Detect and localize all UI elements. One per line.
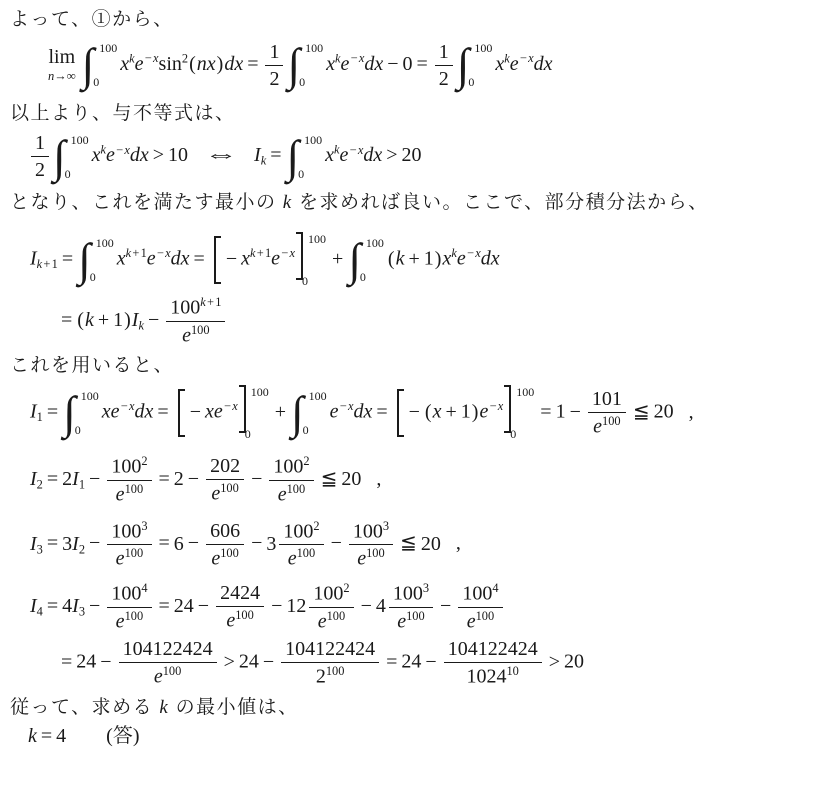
math-operator: + xyxy=(275,401,286,423)
math-variable: x xyxy=(181,248,190,270)
math-variable: e xyxy=(214,401,223,423)
math-number: 1 xyxy=(37,410,43,424)
math-sub: 3 xyxy=(79,604,85,618)
math-number: 100 xyxy=(287,482,306,496)
math-operator: − xyxy=(116,143,123,157)
math-number: 100 xyxy=(125,482,144,496)
math-sup: −x xyxy=(466,246,481,260)
math-operator: − xyxy=(190,401,201,423)
math-operator: > xyxy=(153,144,164,166)
math-number: 100 xyxy=(366,546,385,560)
math-number: 3 xyxy=(423,581,429,595)
math-sub: k xyxy=(138,318,144,332)
math-variable: e xyxy=(135,53,144,75)
math-sup: 4 xyxy=(141,581,147,595)
math-number: 24 xyxy=(239,651,259,673)
math-operator: + xyxy=(43,257,50,271)
math-operator: − xyxy=(89,532,100,554)
math-number: 3 xyxy=(383,519,389,533)
equation-12: I4=4I3−1004e100=24−2424e100−121002e100−4… xyxy=(30,582,816,632)
equation-9: I1=∫1000xe−xdx=−xe−x1000+∫1000e−xdx=−(x+… xyxy=(30,385,816,441)
math-sup: −x xyxy=(488,399,503,413)
math-operator: + xyxy=(98,309,109,331)
math-variable: x xyxy=(442,248,451,270)
math-operator: − xyxy=(145,51,152,65)
math-number: 3 xyxy=(62,532,72,554)
math-punct: ) xyxy=(217,53,224,75)
math-variable: x xyxy=(325,144,334,166)
math-number: 100 xyxy=(283,520,313,542)
math-operator: − xyxy=(121,399,128,413)
math-variable: e xyxy=(111,401,120,423)
left-bracket xyxy=(214,236,221,284)
math-number: 20 xyxy=(654,401,674,423)
math-number: 104122424 xyxy=(123,638,213,660)
math-operator: > xyxy=(549,651,560,673)
math-number: 4 xyxy=(62,595,72,617)
math-variable: e xyxy=(182,324,191,346)
math-variable: k xyxy=(37,257,43,271)
math-operator: = xyxy=(47,468,58,490)
math-sub: k+1 xyxy=(37,257,58,271)
math-number: 2 xyxy=(439,68,449,90)
math-operator: + xyxy=(207,295,214,309)
math-variable: d xyxy=(364,53,374,75)
math-number: 12 xyxy=(286,595,306,617)
math-number: 100 xyxy=(163,664,182,678)
math-sup: 2 xyxy=(343,581,349,595)
math-operator: − xyxy=(331,532,342,554)
math-punct: , xyxy=(456,532,461,554)
math-sub: 4 xyxy=(37,604,43,618)
fraction: 1004e100 xyxy=(458,582,502,632)
math-variable: I xyxy=(72,468,79,490)
math-number: 100 xyxy=(220,481,239,495)
text-run: を求めれば良い。ここで、部分積分法から、 xyxy=(293,192,709,213)
math-variable: I xyxy=(30,595,37,617)
math-operator: = xyxy=(47,401,58,423)
right-bracket: 1000 xyxy=(238,385,269,441)
integral: ∫1000 xyxy=(457,41,493,89)
fraction: 104122424e100 xyxy=(119,638,217,688)
math-number: 20 xyxy=(564,651,584,673)
math-operator: − xyxy=(281,246,288,260)
math-variable: I xyxy=(254,144,261,166)
fraction: 2424e100 xyxy=(216,582,264,632)
math-number: 100 xyxy=(111,520,141,542)
fraction: 12 xyxy=(265,41,283,90)
math-operator: − xyxy=(198,595,209,617)
math-operator: − xyxy=(188,532,199,554)
math-number: 24 xyxy=(401,651,421,673)
math-operator: + xyxy=(257,246,264,260)
math-variable: e xyxy=(318,610,327,632)
math-variable: e xyxy=(467,610,476,632)
math-variable: e xyxy=(211,548,220,570)
math-operator: = xyxy=(159,468,170,490)
fraction: 12 xyxy=(31,132,49,181)
math-variable: x xyxy=(207,53,216,75)
math-operator: = xyxy=(61,309,72,331)
math-number: 100 xyxy=(327,609,346,623)
math-punct: ( xyxy=(77,309,84,331)
math-sup: 2 xyxy=(303,454,309,468)
math-number: 2 xyxy=(269,68,279,90)
math-sup: 100 xyxy=(125,609,144,623)
math-number: 2 xyxy=(343,581,349,595)
math-operator: = xyxy=(417,53,428,75)
math-variable: n xyxy=(197,53,207,75)
math-variable: k xyxy=(28,725,37,747)
math-number: 100 xyxy=(406,609,425,623)
math-variable: x xyxy=(326,53,335,75)
math-sup: 100 xyxy=(125,546,144,560)
math-sup: 100 xyxy=(287,482,306,496)
math-sup: −x xyxy=(115,143,130,157)
math-number: 100 xyxy=(170,297,200,319)
math-variable: k xyxy=(159,697,169,718)
math-sup: −x xyxy=(144,51,159,65)
math-variable: x xyxy=(102,401,111,423)
math-number: 100 xyxy=(476,609,495,623)
math-operator: + xyxy=(332,248,343,270)
math-sup: −x xyxy=(349,51,364,65)
math-variable: k xyxy=(396,248,405,270)
math-sup: 100 xyxy=(220,481,239,495)
math-sup: 100 xyxy=(163,664,182,678)
math-variable: I xyxy=(72,532,79,554)
math-number: 24 xyxy=(76,651,96,673)
fraction: 100k+1e100 xyxy=(166,296,225,346)
math-number: 100 xyxy=(313,583,343,605)
math-operator: = xyxy=(540,401,551,423)
math-variable: d xyxy=(363,144,373,166)
equation-13: =24−104122424e100>24−1041224242100=24−10… xyxy=(57,638,816,688)
math-number: 100 xyxy=(191,323,210,337)
math-punct: ) xyxy=(472,401,479,423)
math-operator: + xyxy=(408,248,419,270)
math-variable: x xyxy=(205,401,214,423)
math-number: 606 xyxy=(210,520,240,542)
math-sup: −x xyxy=(156,246,171,260)
math-punct: ( xyxy=(388,248,395,270)
math-sup: 3 xyxy=(383,519,389,533)
math-operator: + xyxy=(445,401,456,423)
math-number: 100 xyxy=(462,583,492,605)
integral: ∫1000 xyxy=(82,41,118,89)
math-variable: x xyxy=(544,53,553,75)
math-variable: e xyxy=(271,248,280,270)
math-number: 2 xyxy=(62,468,72,490)
math-number: 2 xyxy=(141,454,147,468)
math-number: 100 xyxy=(111,583,141,605)
math-operator: = xyxy=(61,651,72,673)
math-punct: , xyxy=(689,401,694,423)
limit: limn→∞ xyxy=(48,47,76,83)
math-number: 10 xyxy=(506,664,518,678)
math-sup: k+1 xyxy=(250,246,271,260)
math-operator: ≦ xyxy=(321,468,338,490)
math-number: 24 xyxy=(174,595,194,617)
math-sup: 100 xyxy=(220,546,239,560)
math-variable: x xyxy=(495,53,504,75)
equation-6: Ik+1=∫1000xk+1e−xdx=−xk+1e−x1000+∫1000(k… xyxy=(30,232,816,288)
math-sup: −x xyxy=(519,51,534,65)
equation-15: k=4(答) xyxy=(28,725,816,747)
math-operator: − xyxy=(490,399,497,413)
document-page: よって、①から、limn→∞∫1000xke−xsin2(nx)dx=12∫10… xyxy=(0,0,816,747)
math-variable: d xyxy=(353,401,363,423)
math-number: 3 xyxy=(141,519,147,533)
math-variable: e xyxy=(593,416,602,438)
math-sup: k+1 xyxy=(200,295,221,309)
math-number: 4 xyxy=(141,581,147,595)
math-number: 4 xyxy=(376,595,386,617)
math-number: 100 xyxy=(393,583,423,605)
math-variable: e xyxy=(147,248,156,270)
math-operator: = xyxy=(376,401,387,423)
math-number: 1 xyxy=(439,41,449,63)
math-variable: x xyxy=(140,144,149,166)
text-run: (答) xyxy=(106,725,139,747)
math-sup: −x xyxy=(339,399,354,413)
paragraph-8: これを用いると、 xyxy=(10,354,816,379)
math-variable: x xyxy=(145,401,154,423)
math-number: 1024 xyxy=(466,666,506,688)
math-variable: e xyxy=(457,248,466,270)
math-sup: 2 xyxy=(313,519,319,533)
math-variable: e xyxy=(510,53,519,75)
math-number: 3 xyxy=(37,542,43,556)
math-operator: = xyxy=(62,248,73,270)
math-number: 2 xyxy=(79,542,85,556)
math-number: 3 xyxy=(266,532,276,554)
math-number: 100 xyxy=(111,456,141,478)
integral: ∫1000 xyxy=(53,133,89,181)
math-operator: − xyxy=(271,595,282,617)
math-punct: ) xyxy=(435,248,442,270)
math-number: 20 xyxy=(402,144,422,166)
math-variable: e xyxy=(479,401,488,423)
math-variable: x xyxy=(374,53,383,75)
math-operator: ≦ xyxy=(633,401,650,423)
math-sub: k xyxy=(261,154,267,168)
math-operator: − xyxy=(251,468,262,490)
math-number: 100 xyxy=(602,414,621,428)
math-sup: 100 xyxy=(476,609,495,623)
fraction: 1002e100 xyxy=(107,455,151,505)
math-number: 100 xyxy=(297,546,316,560)
math-punct: ( xyxy=(425,401,432,423)
math-variable: x xyxy=(373,144,382,166)
math-number: sin xyxy=(159,53,182,75)
left-bracket xyxy=(397,389,404,437)
math-variable: e xyxy=(330,401,339,423)
math-variable: e xyxy=(154,666,163,688)
math-operator: − xyxy=(89,468,100,490)
math-variable: k xyxy=(200,295,206,309)
math-number: 101 xyxy=(592,388,622,410)
fraction: 202e100 xyxy=(206,455,244,505)
math-number: 100 xyxy=(326,664,345,678)
math-operator: − xyxy=(350,143,357,157)
math-sup: 100 xyxy=(366,546,385,560)
math-variable: d xyxy=(171,248,181,270)
math-sup: 3 xyxy=(141,519,147,533)
text-run: 以上より、与不等式は、 xyxy=(10,103,236,124)
math-number: 1 xyxy=(269,41,279,63)
fraction: 1002e100 xyxy=(279,520,323,570)
math-number: 20 xyxy=(421,532,441,554)
math-number: 1 xyxy=(461,401,471,423)
math-variable: I xyxy=(30,248,37,270)
math-variable: e xyxy=(278,484,287,506)
equation-2: limn→∞∫1000xke−xsin2(nx)dx=12∫1000xke−xd… xyxy=(48,41,816,90)
math-operator: = xyxy=(47,532,58,554)
right-bracket: 1000 xyxy=(295,232,326,288)
math-sup: 100 xyxy=(406,609,425,623)
math-variable: e xyxy=(106,144,115,166)
math-operator: − xyxy=(387,53,398,75)
integral: ∫1000 xyxy=(287,41,323,89)
integral: ∫1000 xyxy=(286,133,322,181)
math-sup: 2 xyxy=(182,51,188,65)
math-variable: e xyxy=(116,610,125,632)
math-sup: 100 xyxy=(191,323,210,337)
math-number: 2 xyxy=(182,51,188,65)
math-operator: > xyxy=(224,651,235,673)
math-punct: , xyxy=(376,468,381,490)
math-operator: − xyxy=(188,468,199,490)
equation-4: 12∫1000xke−xdx>10⇔Ik=∫1000xke−xdx>20 xyxy=(28,132,816,181)
paragraph-14: 従って、求める k の最小値は、 xyxy=(10,696,816,721)
math-number: 2 xyxy=(174,468,184,490)
math-variable: e xyxy=(116,484,125,506)
text-run: の最小値は、 xyxy=(169,697,298,718)
math-variable: e xyxy=(211,483,220,505)
fraction: 104122424102410 xyxy=(444,638,542,688)
math-operator: − xyxy=(263,651,274,673)
math-sup: 3 xyxy=(423,581,429,595)
math-number: 104122424 xyxy=(448,638,538,660)
math-variable: x xyxy=(433,401,442,423)
math-number: 100 xyxy=(353,520,383,542)
text-run: よって、①から、 xyxy=(10,9,174,30)
math-variable: e xyxy=(116,548,125,570)
math-operator: − xyxy=(100,651,111,673)
math-number: 100 xyxy=(220,546,239,560)
math-number: 1 xyxy=(52,257,58,271)
integral: ∫1000 xyxy=(291,389,327,437)
paragraph-1: よって、①から、 xyxy=(10,8,816,33)
math-operator: = xyxy=(157,401,168,423)
math-operator: − xyxy=(520,51,527,65)
math-number: 100 xyxy=(273,456,303,478)
math-variable: d xyxy=(130,144,140,166)
math-operator: − xyxy=(361,595,372,617)
math-sup: k+1 xyxy=(126,246,147,260)
math-variable: k xyxy=(261,154,267,168)
integral: ∫1000 xyxy=(63,389,99,437)
math-operator: = xyxy=(270,144,281,166)
equation-11: I3=3I2−1003e100=6−606e100−31002e100−1003… xyxy=(30,520,816,570)
math-variable: e xyxy=(397,610,406,632)
math-variable: d xyxy=(534,53,544,75)
fraction: 101e100 xyxy=(588,388,626,438)
math-operator: − xyxy=(226,248,237,270)
left-bracket xyxy=(178,389,185,437)
math-number: 1 xyxy=(113,309,123,331)
math-number: 2424 xyxy=(220,582,260,604)
fraction: 1002e100 xyxy=(309,582,353,632)
math-operator: − xyxy=(340,399,347,413)
math-number: 1 xyxy=(79,477,85,491)
math-variable: k xyxy=(85,309,94,331)
math-variable: I xyxy=(30,468,37,490)
equation-10: I2=2I1−1002e100=2−202e100−1002e100≦20, xyxy=(30,455,816,505)
fraction: 1004e100 xyxy=(107,582,151,632)
math-operator: − xyxy=(440,595,451,617)
math-number: 100 xyxy=(125,609,144,623)
math-number: 1 xyxy=(35,132,45,154)
integral: ∫1000 xyxy=(348,236,384,284)
math-operator: = xyxy=(41,725,52,747)
math-number: 1 xyxy=(424,248,434,270)
math-number: 3 xyxy=(79,604,85,618)
text-run: となり、これを満たす最小の xyxy=(10,192,283,213)
math-number: 20 xyxy=(341,468,361,490)
math-variable: k xyxy=(250,246,256,260)
math-variable: x xyxy=(491,248,500,270)
math-number: 2 xyxy=(316,666,326,688)
math-number: 1 xyxy=(556,401,566,423)
math-operator: − xyxy=(467,246,474,260)
fraction: 1041224242100 xyxy=(281,638,379,688)
integral: ∫1000 xyxy=(78,236,114,284)
math-variable: I xyxy=(30,401,37,423)
math-variable: k xyxy=(138,318,144,332)
math-number: 202 xyxy=(210,455,240,477)
math-variable: x xyxy=(241,248,250,270)
math-number: 4 xyxy=(37,604,43,618)
fraction: 12 xyxy=(435,41,453,90)
math-variable: x xyxy=(92,144,101,166)
math-variable: e xyxy=(288,548,297,570)
math-operator: − xyxy=(224,399,231,413)
math-operator: − xyxy=(425,651,436,673)
math-number: 100 xyxy=(235,608,254,622)
math-sup: −x xyxy=(280,246,295,260)
math-operator: = xyxy=(159,532,170,554)
math-number: 0 xyxy=(403,53,413,75)
math-punct: ) xyxy=(124,309,131,331)
math-sub: 1 xyxy=(37,410,43,424)
math-variable: d xyxy=(135,401,145,423)
equation-7: =(k+1)Ik−100k+1e100 xyxy=(57,296,816,346)
math-operator: − xyxy=(351,51,358,65)
math-operator: = xyxy=(247,53,258,75)
math-number: 2 xyxy=(37,477,43,491)
fraction: 1003e100 xyxy=(107,520,151,570)
math-sup: −x xyxy=(120,399,135,413)
math-sup: 100 xyxy=(327,609,346,623)
math-variable: x xyxy=(234,53,243,75)
math-sup: 4 xyxy=(492,581,498,595)
math-operator: + xyxy=(132,246,139,260)
math-variable: k xyxy=(126,246,132,260)
math-variable: x xyxy=(120,53,129,75)
math-operator: = xyxy=(159,595,170,617)
